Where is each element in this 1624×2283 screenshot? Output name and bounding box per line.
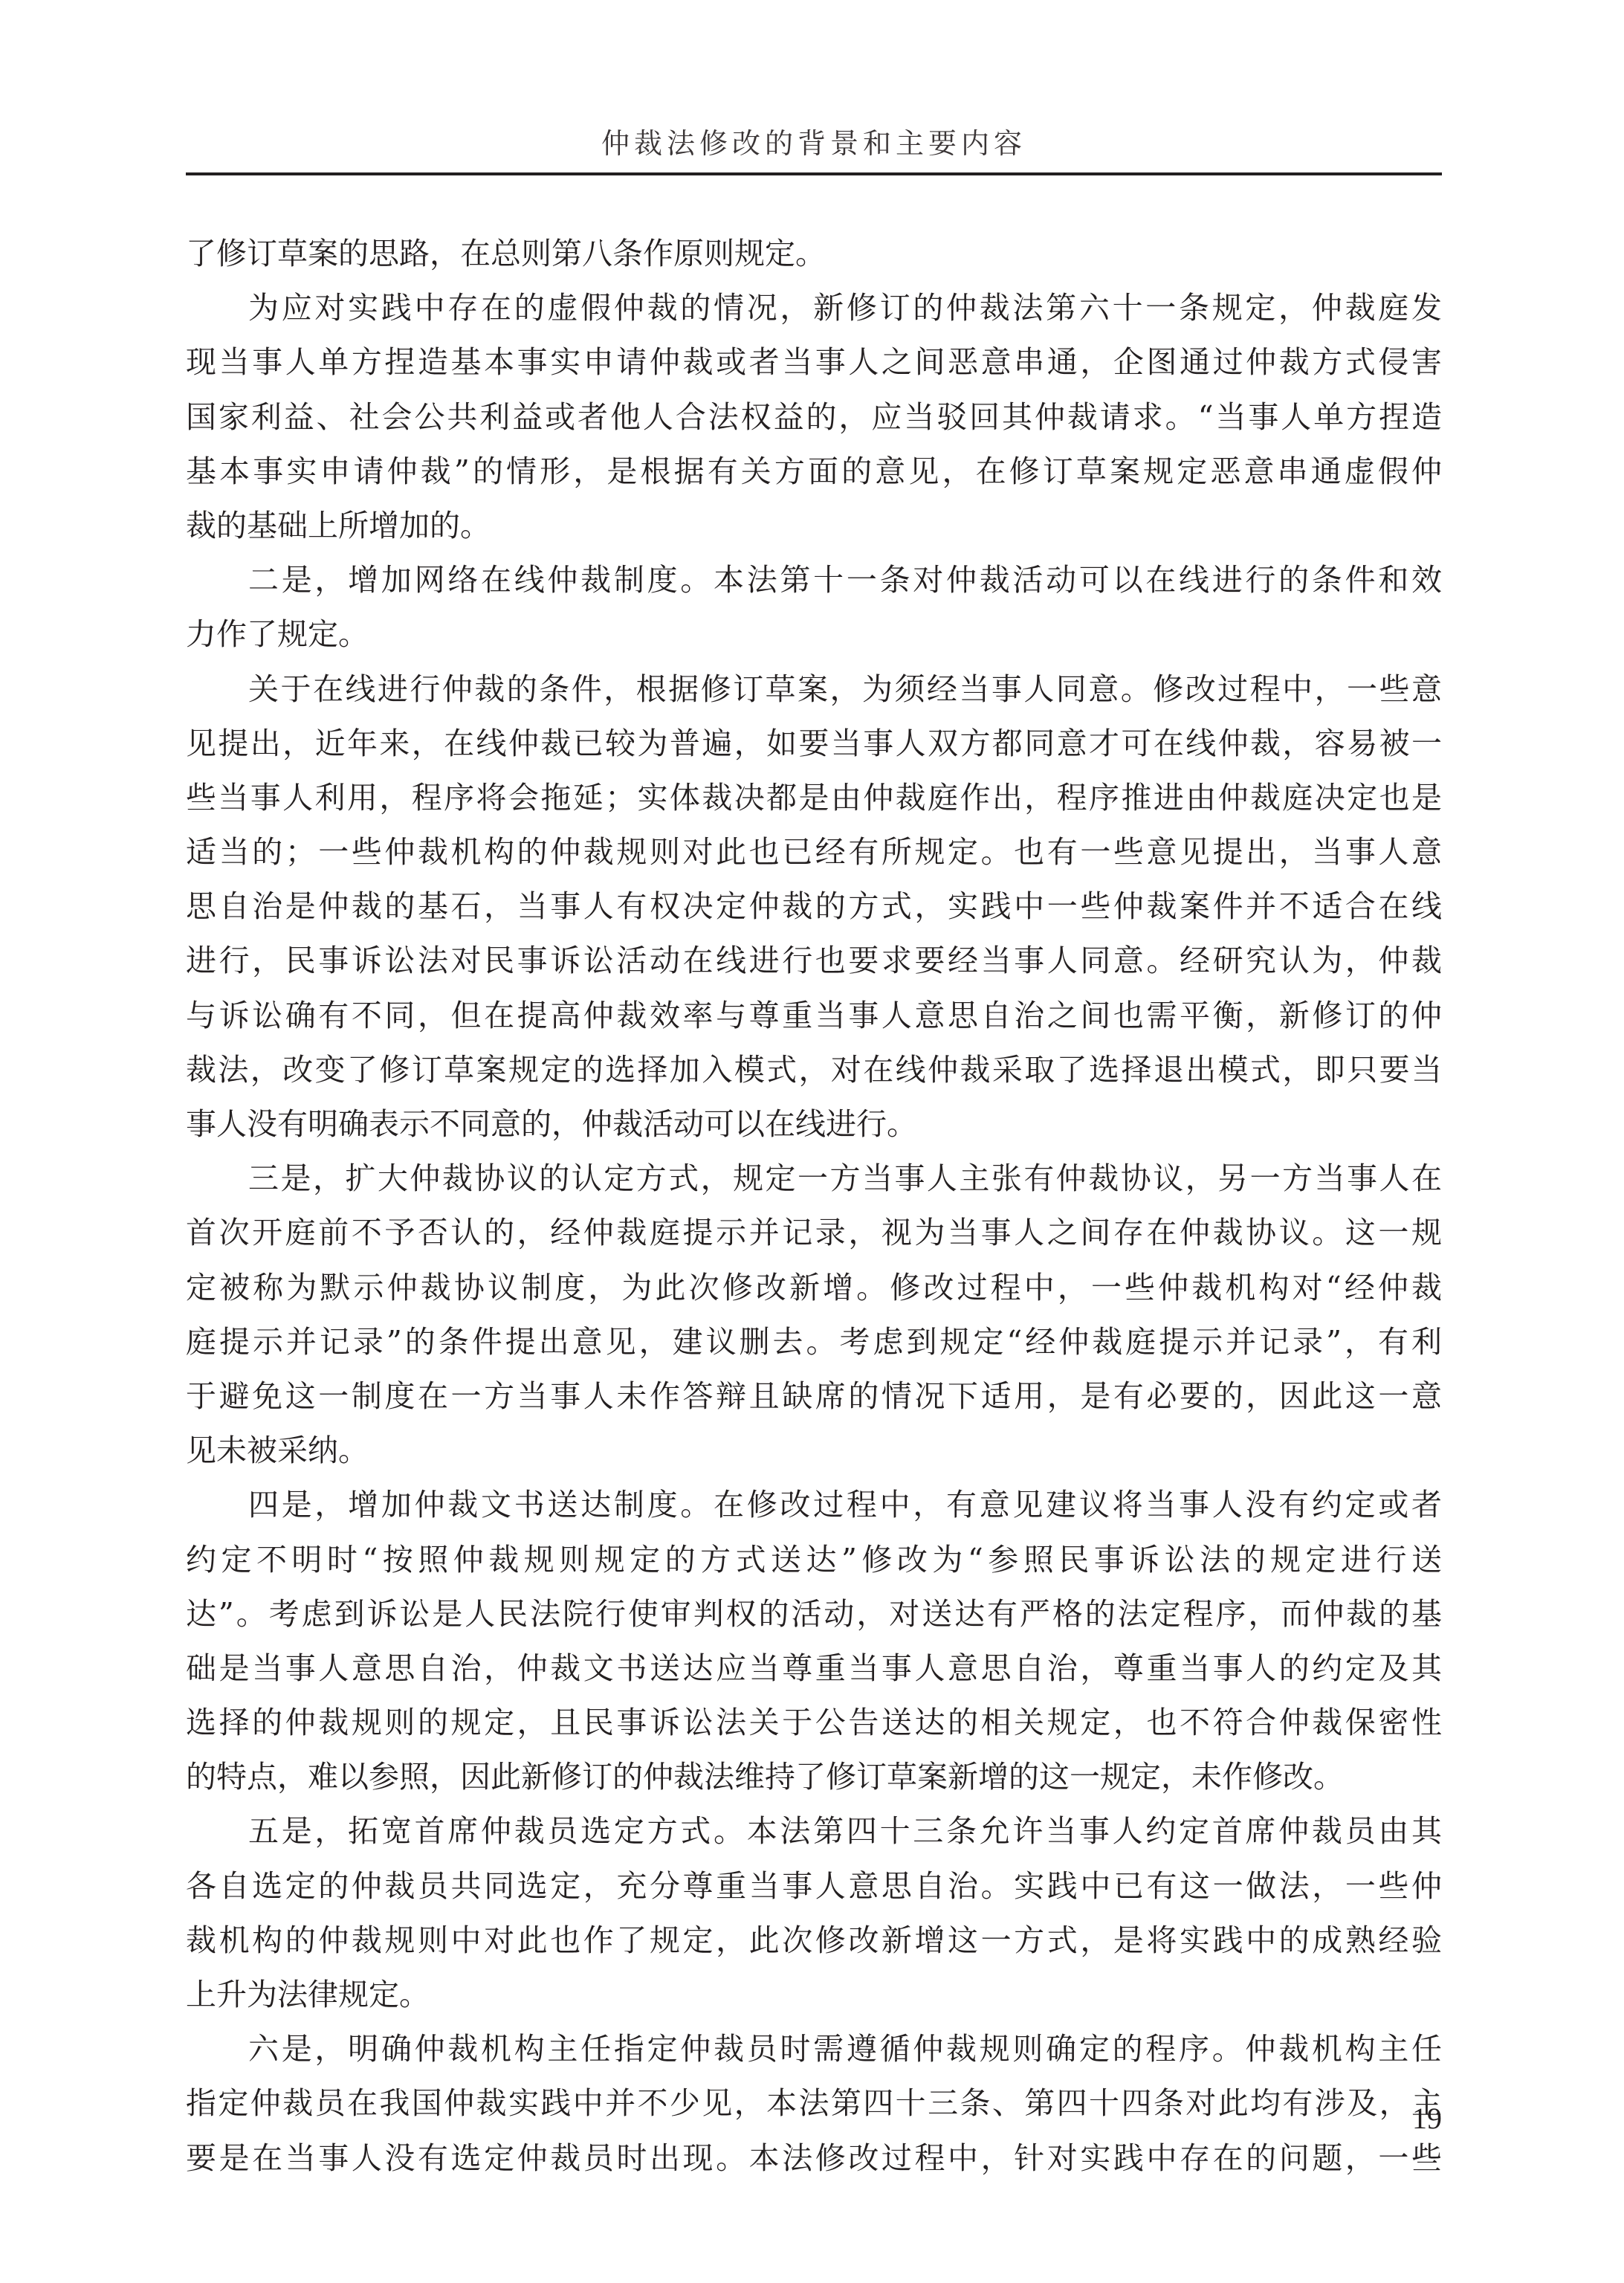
text-line: 裁的基础上所增加的。: [186, 499, 1442, 553]
text-line: 进行，民事诉讼法对民事诉讼活动在线进行也要求要经当事人同意。经研究认为，仲裁: [186, 934, 1442, 988]
text-line: 国家利益、社会公共利益或者他人合法权益的，应当驳回其仲裁请求。“当事人单方捏造: [186, 390, 1442, 445]
text-line: 各自选定的仲裁员共同选定，充分尊重当事人意思自治。实践中已有这一做法，一些仲: [186, 1859, 1442, 1914]
text-line: 三是，扩大仲裁协议的认定方式，规定一方当事人主张有仲裁协议，另一方当事人在: [186, 1152, 1442, 1206]
text-line: 思自治是仲裁的基石，当事人有权决定仲裁的方式，实践中一些仲裁案件并不适合在线: [186, 879, 1442, 934]
text-line: 见提出，近年来，在线仲裁已较为普遍，如要当事人双方都同意才可在线仲裁，容易被一: [186, 717, 1442, 771]
text-line: 与诉讼确有不同，但在提高仲裁效率与尊重当事人意思自治之间也需平衡，新修订的仲: [186, 989, 1442, 1043]
text-line: 庭提示并记录”的条件提出意见，建议删去。考虑到规定“经仲裁庭提示并记录”，有利: [186, 1315, 1442, 1369]
text-line: 约定不明时“按照仲裁规则规定的方式送达”修改为“参照民事诉讼法的规定进行送: [186, 1533, 1442, 1587]
text-line: 些当事人利用，程序将会拖延；实体裁决都是由仲裁庭作出，程序推进由仲裁庭决定也是: [186, 771, 1442, 825]
header-rule-divider: [186, 172, 1442, 175]
text-line: 了修订草案的思路，在总则第八条作原则规定。: [186, 227, 1442, 281]
text-line: 的特点，难以参照，因此新修订的仲裁法维持了修订草案新增的这一规定，未作修改。: [186, 1750, 1442, 1804]
text-line: 六是，明确仲裁机构主任指定仲裁员时需遵循仲裁规则确定的程序。仲裁机构主任: [186, 2022, 1442, 2076]
text-line: 于避免这一制度在一方当事人未作答辩且缺席的情况下适用，是有必要的，因此这一意: [186, 1369, 1442, 1424]
text-line: 关于在线进行仲裁的条件，根据修订草案，为须经当事人同意。修改过程中，一些意: [186, 662, 1442, 717]
text-line: 指定仲裁员在我国仲裁实践中并不少见，本法第四十三条、第四十四条对此均有涉及，主: [186, 2076, 1442, 2131]
text-line: 基本事实申请仲裁”的情形，是根据有关方面的意见，在修订草案规定恶意串通虚假仲: [186, 445, 1442, 499]
text-line: 现当事人单方捏造基本事实申请仲裁或者当事人之间恶意串通，企图通过仲裁方式侵害: [186, 335, 1442, 390]
text-line: 力作了规定。: [186, 607, 1442, 662]
text-line: 定被称为默示仲裁协议制度，为此次修改新增。修改过程中，一些仲裁机构对“经仲裁: [186, 1261, 1442, 1315]
text-line: 选择的仲裁规则的规定，且民事诉讼法关于公告送达的相关规定，也不符合仲裁保密性: [186, 1696, 1442, 1750]
text-line: 裁机构的仲裁规则中对此也作了规定，此次修改新增这一方式，是将实践中的成熟经验: [186, 1914, 1442, 1968]
text-line: 事人没有明确表示不同意的，仲裁活动可以在线进行。: [186, 1097, 1442, 1152]
text-line: 五是，拓宽首席仲裁员选定方式。本法第四十三条允许当事人约定首席仲裁员由其: [186, 1804, 1442, 1859]
text-line: 上升为法律规定。: [186, 1968, 1442, 2022]
text-line: 要是在当事人没有选定仲裁员时出现。本法修改过程中，针对实践中存在的问题，一些: [186, 2131, 1442, 2186]
text-line: 裁法，改变了修订草案规定的选择加入模式，对在线仲裁采取了选择退出模式，即只要当: [186, 1043, 1442, 1097]
text-line: 四是，增加仲裁文书送达制度。在修改过程中，有意见建议将当事人没有约定或者: [186, 1478, 1442, 1532]
text-line: 首次开庭前不予否认的，经仲裁庭提示并记录，视为当事人之间存在仲裁协议。这一规: [186, 1206, 1442, 1260]
body-text: 了修订草案的思路，在总则第八条作原则规定。为应对实践中存在的虚假仲裁的情况，新修…: [186, 227, 1442, 2186]
text-line: 为应对实践中存在的虚假仲裁的情况，新修订的仲裁法第六十一条规定，仲裁庭发: [186, 281, 1442, 335]
text-line: 见未被采纳。: [186, 1424, 1442, 1478]
text-line: 达”。考虑到诉讼是人民法院行使审判权的活动，对送达有严格的法定程序，而仲裁的基: [186, 1587, 1442, 1641]
text-line: 适当的；一些仲裁机构的仲裁规则对此也已经有所规定。也有一些意见提出，当事人意: [186, 825, 1442, 879]
text-line: 础是当事人意思自治，仲裁文书送达应当尊重当事人意思自治，尊重当事人的约定及其: [186, 1641, 1442, 1696]
text-line: 二是，增加网络在线仲裁制度。本法第十一条对仲裁活动可以在线进行的条件和效: [186, 553, 1442, 607]
page-number: 19: [1397, 2100, 1457, 2137]
running-header-title: 仲裁法修改的背景和主要内容: [186, 125, 1442, 162]
